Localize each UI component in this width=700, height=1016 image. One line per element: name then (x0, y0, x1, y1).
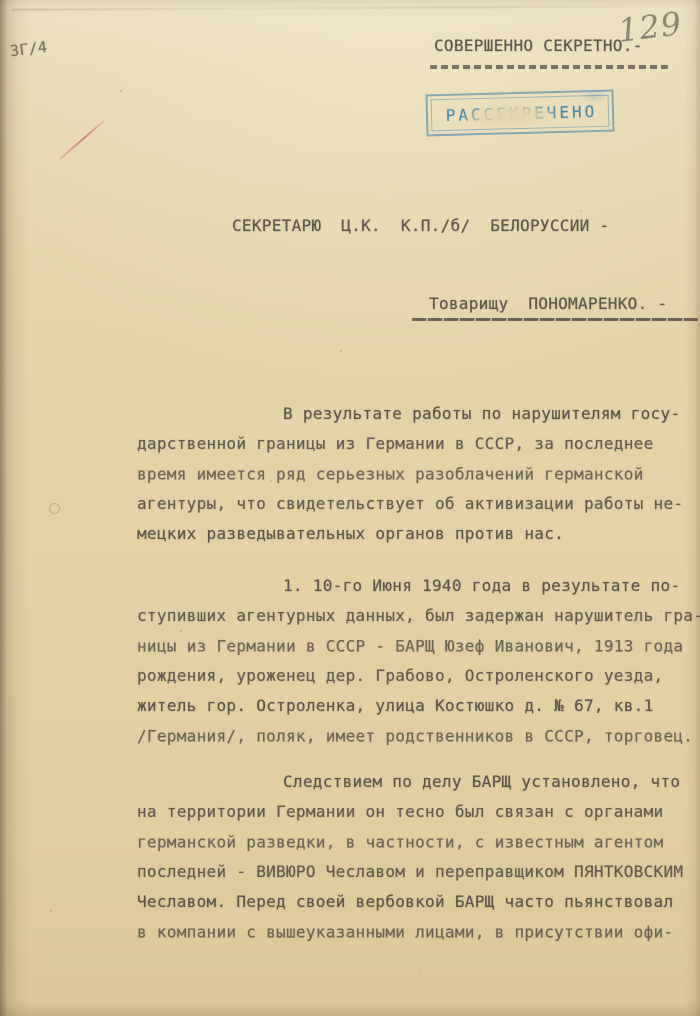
text-line: германской разведки, в частности, с изве… (137, 828, 700, 858)
file-marking: ЗГ/4 (9, 38, 48, 60)
text-line: мецких разведывательных органов против н… (137, 519, 700, 549)
text-line: последней - ВИВЮРО Чеславом и переправщи… (137, 857, 700, 887)
text-line: дарственной границы из Германии в СССР, … (137, 429, 700, 459)
text-line: /Германия/, поляк, имеет родственников в… (137, 722, 700, 752)
text-line: житель гор. Остроленка, улица Костюшко д… (137, 691, 700, 721)
classification-heading: СОВЕРШЕННО СЕКРЕТНО.- (434, 36, 643, 55)
red-pencil-mark (59, 120, 104, 160)
text-line: В результате работы по нарушителям госу- (137, 399, 700, 429)
stamp-text: РАССЕКРЕЧЕНО (442, 101, 597, 124)
text-line: ницы из Германии в СССР - БАРЩ Юзеф Иван… (137, 632, 700, 662)
paragraph-case-barshch: 1. 10-го Июня 1940 года в результате по-… (137, 571, 700, 751)
paper-specks (120, 90, 122, 92)
document-page: ЗГ/4 129 СОВЕРШЕННО СЕКРЕТНО.- РАССЕКРЕЧ… (0, 0, 700, 1016)
text-line: 1. 10-го Июня 1940 года в результате по- (137, 571, 700, 601)
text-line: ступивших агентурных данных, был задержа… (137, 601, 700, 631)
addressee-underline (412, 318, 698, 321)
paper-crease (12, 5, 668, 10)
classification-dashed-rule (430, 65, 668, 69)
text-line: рождения, уроженец дер. Грабово, Остроле… (137, 661, 700, 691)
text-line: в компании с вышеуказанными лицами, в пр… (137, 918, 700, 948)
text-line: агентуры, что свидетельствует об активиз… (137, 489, 700, 519)
declassified-stamp: РАССЕКРЕЧЕНО (425, 90, 614, 137)
addressee-line: СЕКРЕТАРЮ Ц.К. К.П./б/ БЕЛОРУССИИ - (232, 216, 609, 235)
text-line: Чеславом. Перед своей вербовкой БАРЩ час… (137, 887, 700, 917)
text-line: время имеется ряд серьезных разоблачений… (137, 460, 700, 490)
text-line: Следствием по делу БАРЩ установлено, что (137, 767, 700, 797)
text-line: на территории Германии он тесно был связ… (137, 797, 700, 827)
paragraph-investigation: Следствием по делу БАРЩ установлено, что… (137, 767, 700, 947)
ink-ring-artifact (49, 503, 60, 514)
addressee-person-line: Товарищу ПОНОМАРЕНКО. - (429, 294, 667, 313)
paragraph-intro: В результате работы по нарушителям госу-… (137, 399, 700, 549)
